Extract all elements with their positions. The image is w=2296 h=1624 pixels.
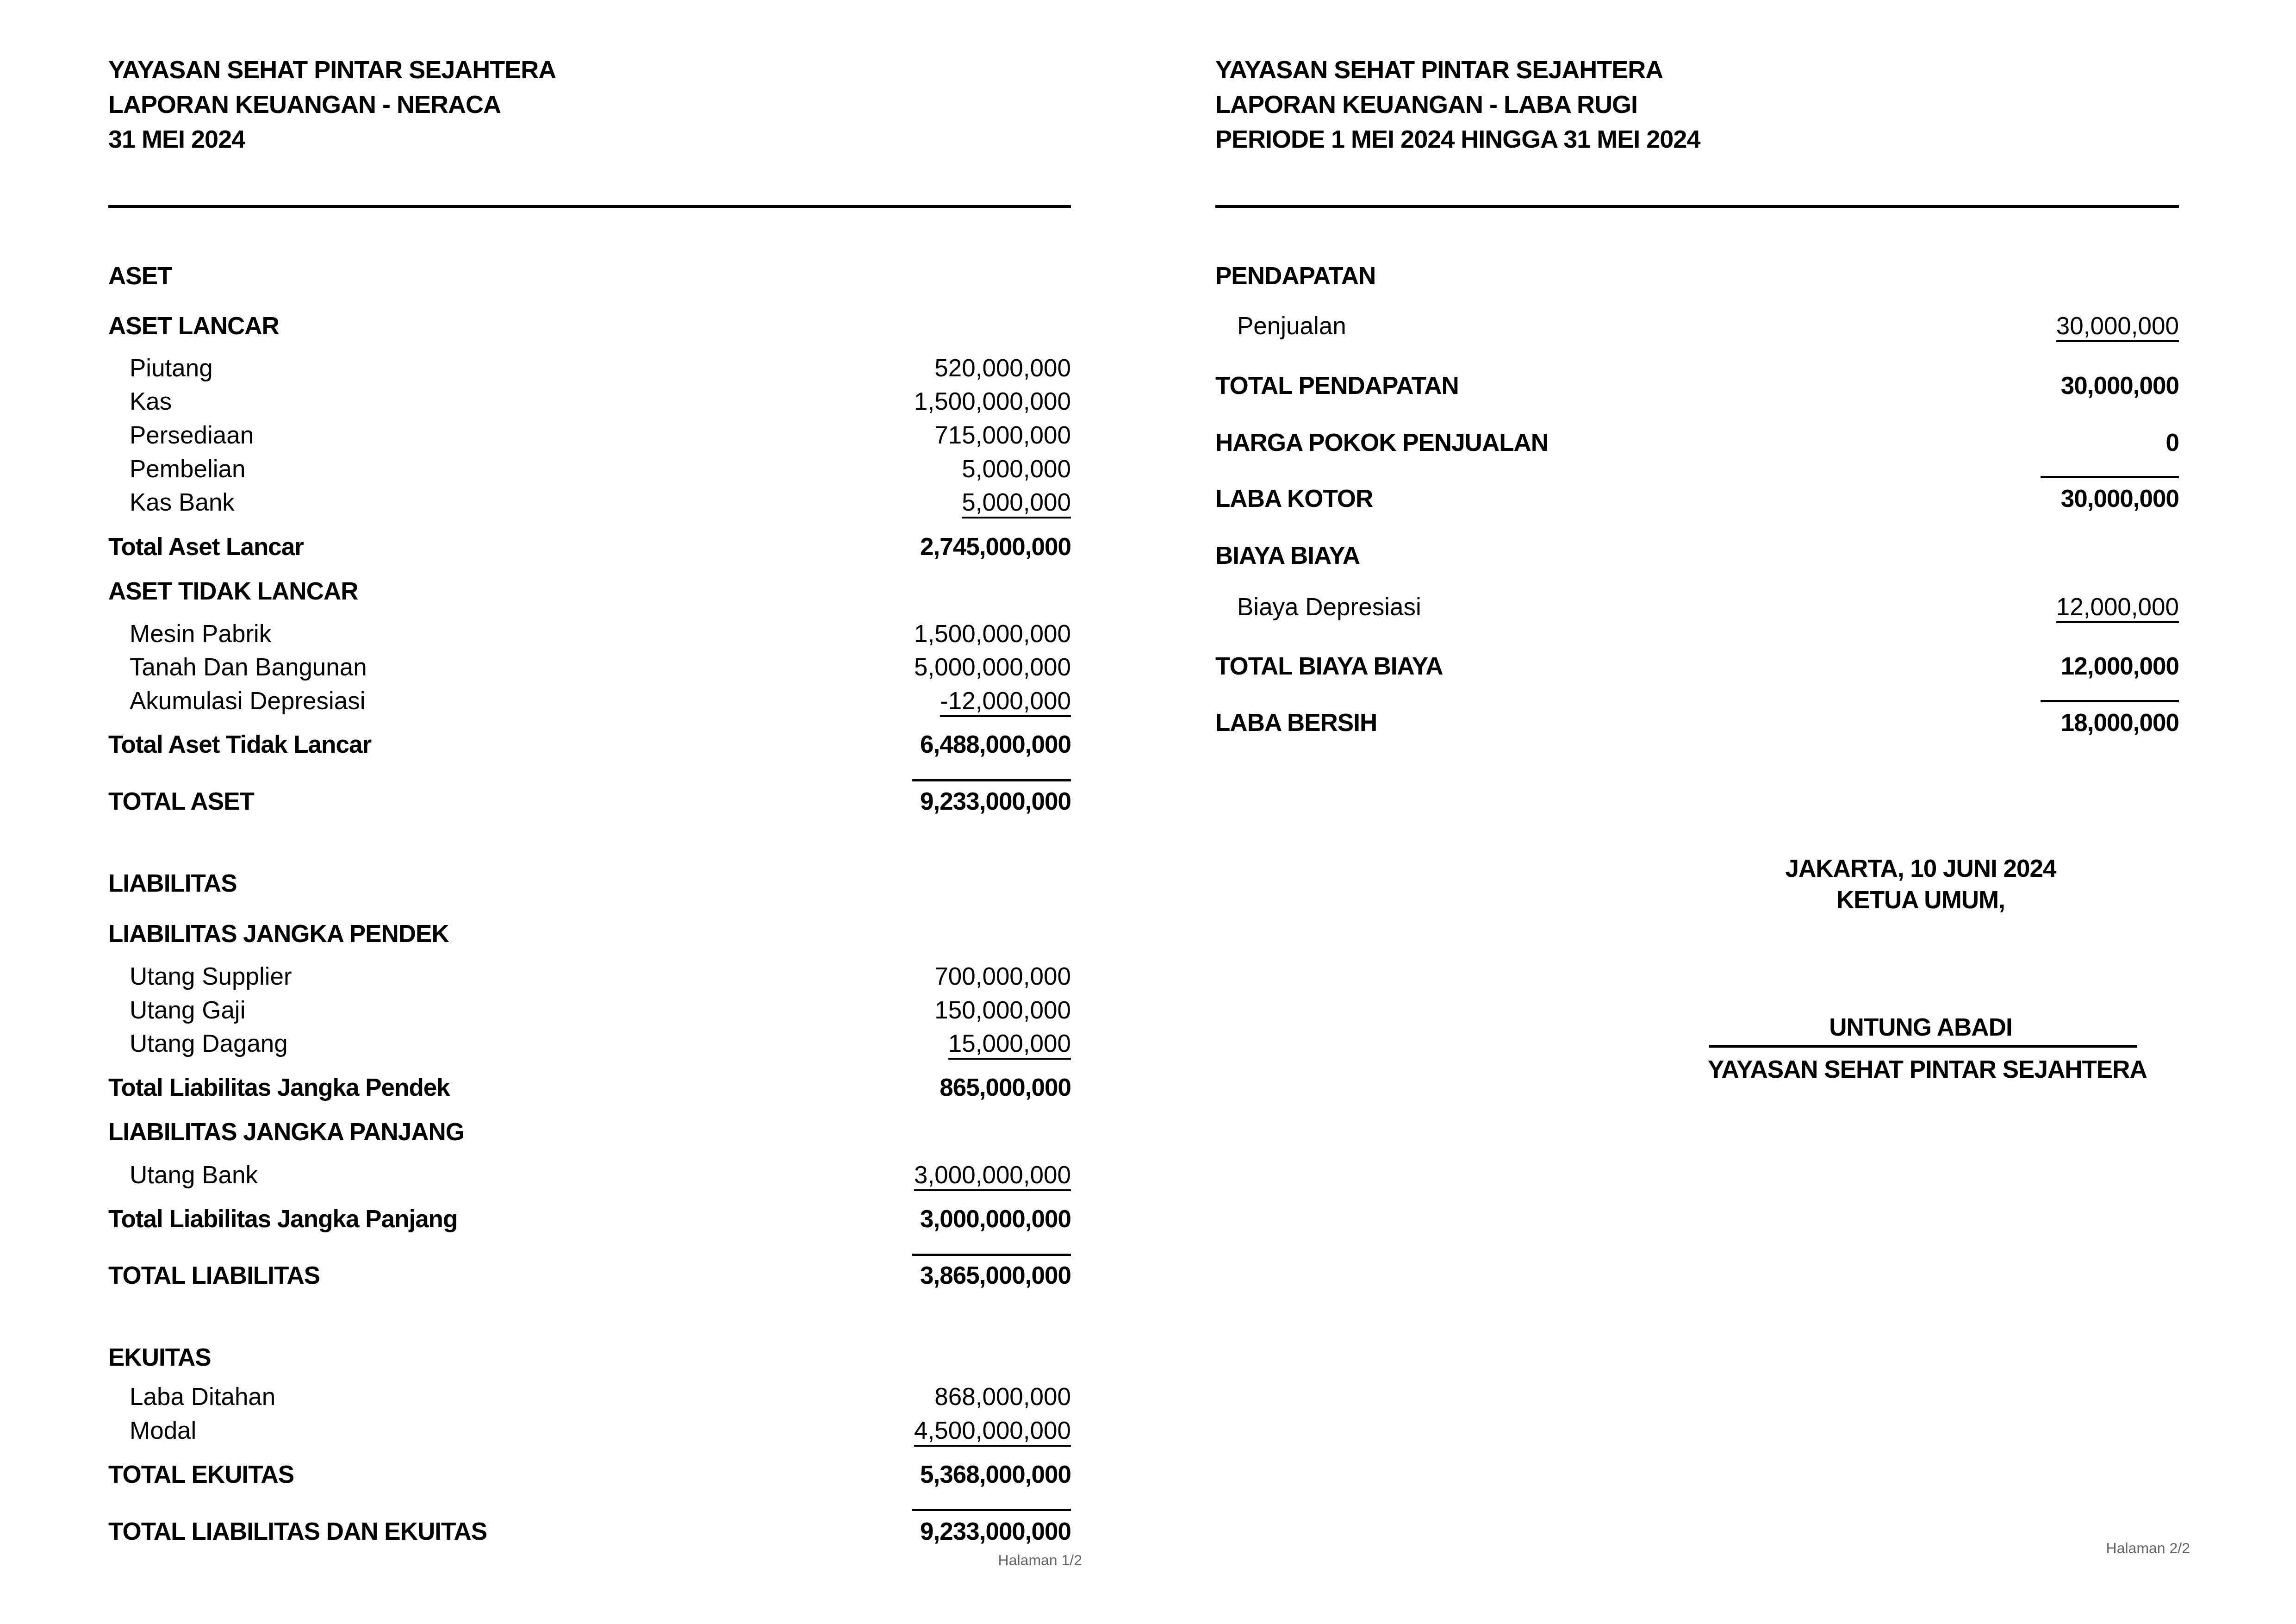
total-label: TOTAL LIABILITAS xyxy=(108,1263,320,1288)
subsection-heading-aset-lancar: ASET LANCAR xyxy=(108,314,279,338)
signature-place-date: JAKARTA, 10 JUNI 2024 xyxy=(1708,856,2134,881)
line-item-label: Laba Ditahan xyxy=(130,1385,275,1409)
section-heading-biaya: BIAYA BIAYA xyxy=(1215,543,1360,568)
total-value: 5,368,000,000 xyxy=(920,1462,1071,1487)
line-item-label: Utang Supplier xyxy=(130,964,292,989)
line-item-value: 715,000,000 xyxy=(934,423,1071,448)
total-value: 30,000,000 xyxy=(2061,374,2179,398)
total-label: TOTAL ASET xyxy=(108,789,254,814)
line-item-label: Utang Dagang xyxy=(130,1031,288,1056)
subsection-heading-liabilitas-pendek: LIABILITAS JANGKA PENDEK xyxy=(108,922,449,946)
page-number: Halaman 1/2 xyxy=(998,1552,1082,1569)
total-label: TOTAL EKUITAS xyxy=(108,1462,294,1487)
line-item-label: Persediaan xyxy=(130,423,254,448)
line-item-value: 150,000,000 xyxy=(934,998,1071,1023)
total-overline xyxy=(912,1254,1071,1256)
line-item-value: 30,000,000 xyxy=(2056,314,2179,342)
line-item-label: Pembelian xyxy=(130,457,245,481)
report-title: LAPORAN KEUANGAN - NERACA xyxy=(108,92,501,117)
total-overline xyxy=(2041,476,2179,478)
total-value: 3,865,000,000 xyxy=(920,1263,1071,1288)
section-heading-pendapatan: PENDAPATAN xyxy=(1215,264,1375,288)
line-item-value: 1,500,000,000 xyxy=(914,622,1071,646)
header-divider xyxy=(1215,205,2179,208)
signatory-name: UNTUNG ABADI xyxy=(1708,1015,2134,1040)
subtotal-label: Total Aset Lancar xyxy=(108,535,304,559)
report-period: PERIODE 1 MEI 2024 HINGGA 31 MEI 2024 xyxy=(1215,127,1700,152)
section-heading-ekuitas: EKUITAS xyxy=(108,1345,211,1370)
report-title: LAPORAN KEUANGAN - LABA RUGI xyxy=(1215,92,1637,117)
hpp-value: 0 xyxy=(2166,431,2179,455)
line-item-value: 4,500,000,000 xyxy=(914,1418,1071,1447)
line-item-label: Piutang xyxy=(130,356,213,381)
gross-profit-label: LABA KOTOR xyxy=(1215,487,1373,511)
subsection-heading-aset-tidak-lancar: ASET TIDAK LANCAR xyxy=(108,579,358,604)
line-item-value: 1,500,000,000 xyxy=(914,389,1071,414)
line-item-value: 15,000,000 xyxy=(948,1031,1071,1060)
subtotal-value: 865,000,000 xyxy=(940,1075,1071,1100)
total-overline xyxy=(2041,700,2179,702)
line-item-value: 5,000,000,000 xyxy=(914,655,1071,680)
line-item-label: Penjualan xyxy=(1237,314,1346,338)
line-item-label: Tanah Dan Bangunan xyxy=(130,655,367,680)
subtotal-label: Total Aset Tidak Lancar xyxy=(108,732,371,757)
subtotal-label: Total Liabilitas Jangka Pendek xyxy=(108,1075,450,1100)
line-item-label: Kas Bank xyxy=(130,490,235,515)
gross-profit-value: 30,000,000 xyxy=(2061,487,2179,511)
total-label: TOTAL PENDAPATAN xyxy=(1215,374,1459,398)
subtotal-value: 3,000,000,000 xyxy=(920,1207,1071,1231)
line-item-value: 5,000,000 xyxy=(962,457,1071,481)
signature-line xyxy=(1709,1045,2137,1048)
subtotal-label: Total Liabilitas Jangka Panjang xyxy=(108,1207,457,1231)
line-item-label: Utang Gaji xyxy=(130,998,245,1023)
line-item-value: 3,000,000,000 xyxy=(914,1163,1071,1191)
net-profit-label: LABA BERSIH xyxy=(1215,711,1377,735)
line-item-label: Akumulasi Depresiasi xyxy=(130,689,366,713)
signatory-org: YAYASAN SEHAT PINTAR SEJAHTERA xyxy=(1708,1057,2138,1082)
grand-total-label: TOTAL LIABILITAS DAN EKUITAS xyxy=(108,1519,487,1544)
total-value: 12,000,000 xyxy=(2061,654,2179,679)
line-item-label: Kas xyxy=(130,389,172,414)
line-item-value: 520,000,000 xyxy=(934,356,1071,381)
subtotal-value: 6,488,000,000 xyxy=(920,732,1071,757)
line-item-value: 12,000,000 xyxy=(2056,595,2179,623)
line-item-label: Biaya Depresiasi xyxy=(1237,595,1421,619)
line-item-value: 700,000,000 xyxy=(934,964,1071,989)
net-profit-value: 18,000,000 xyxy=(2061,711,2179,735)
hpp-label: HARGA POKOK PENJUALAN xyxy=(1215,431,1548,455)
section-heading-liabilitas: LIABILITAS xyxy=(108,871,237,896)
total-label: TOTAL BIAYA BIAYA xyxy=(1215,654,1443,679)
line-item-label: Modal xyxy=(130,1418,196,1443)
line-item-value: 868,000,000 xyxy=(934,1385,1071,1409)
line-item-value: 5,000,000 xyxy=(962,490,1071,518)
subsection-heading-liabilitas-panjang: LIABILITAS JANGKA PANJANG xyxy=(108,1120,464,1144)
signature-role: KETUA UMUM, xyxy=(1708,888,2134,912)
total-overline xyxy=(912,779,1071,781)
org-name: YAYASAN SEHAT PINTAR SEJAHTERA xyxy=(1215,57,1663,82)
org-name: YAYASAN SEHAT PINTAR SEJAHTERA xyxy=(108,57,556,82)
section-heading-aset: ASET xyxy=(108,264,172,288)
line-item-label: Mesin Pabrik xyxy=(130,622,271,646)
total-value: 9,233,000,000 xyxy=(920,789,1071,814)
page-number: Halaman 2/2 xyxy=(2106,1540,2190,1557)
line-item-value: -12,000,000 xyxy=(940,689,1071,717)
report-date: 31 MEI 2024 xyxy=(108,127,245,152)
line-item-label: Utang Bank xyxy=(130,1163,258,1187)
total-overline xyxy=(912,1509,1071,1511)
header-divider xyxy=(108,205,1071,208)
subtotal-value: 2,745,000,000 xyxy=(920,535,1071,559)
grand-total-value: 9,233,000,000 xyxy=(920,1519,1071,1544)
